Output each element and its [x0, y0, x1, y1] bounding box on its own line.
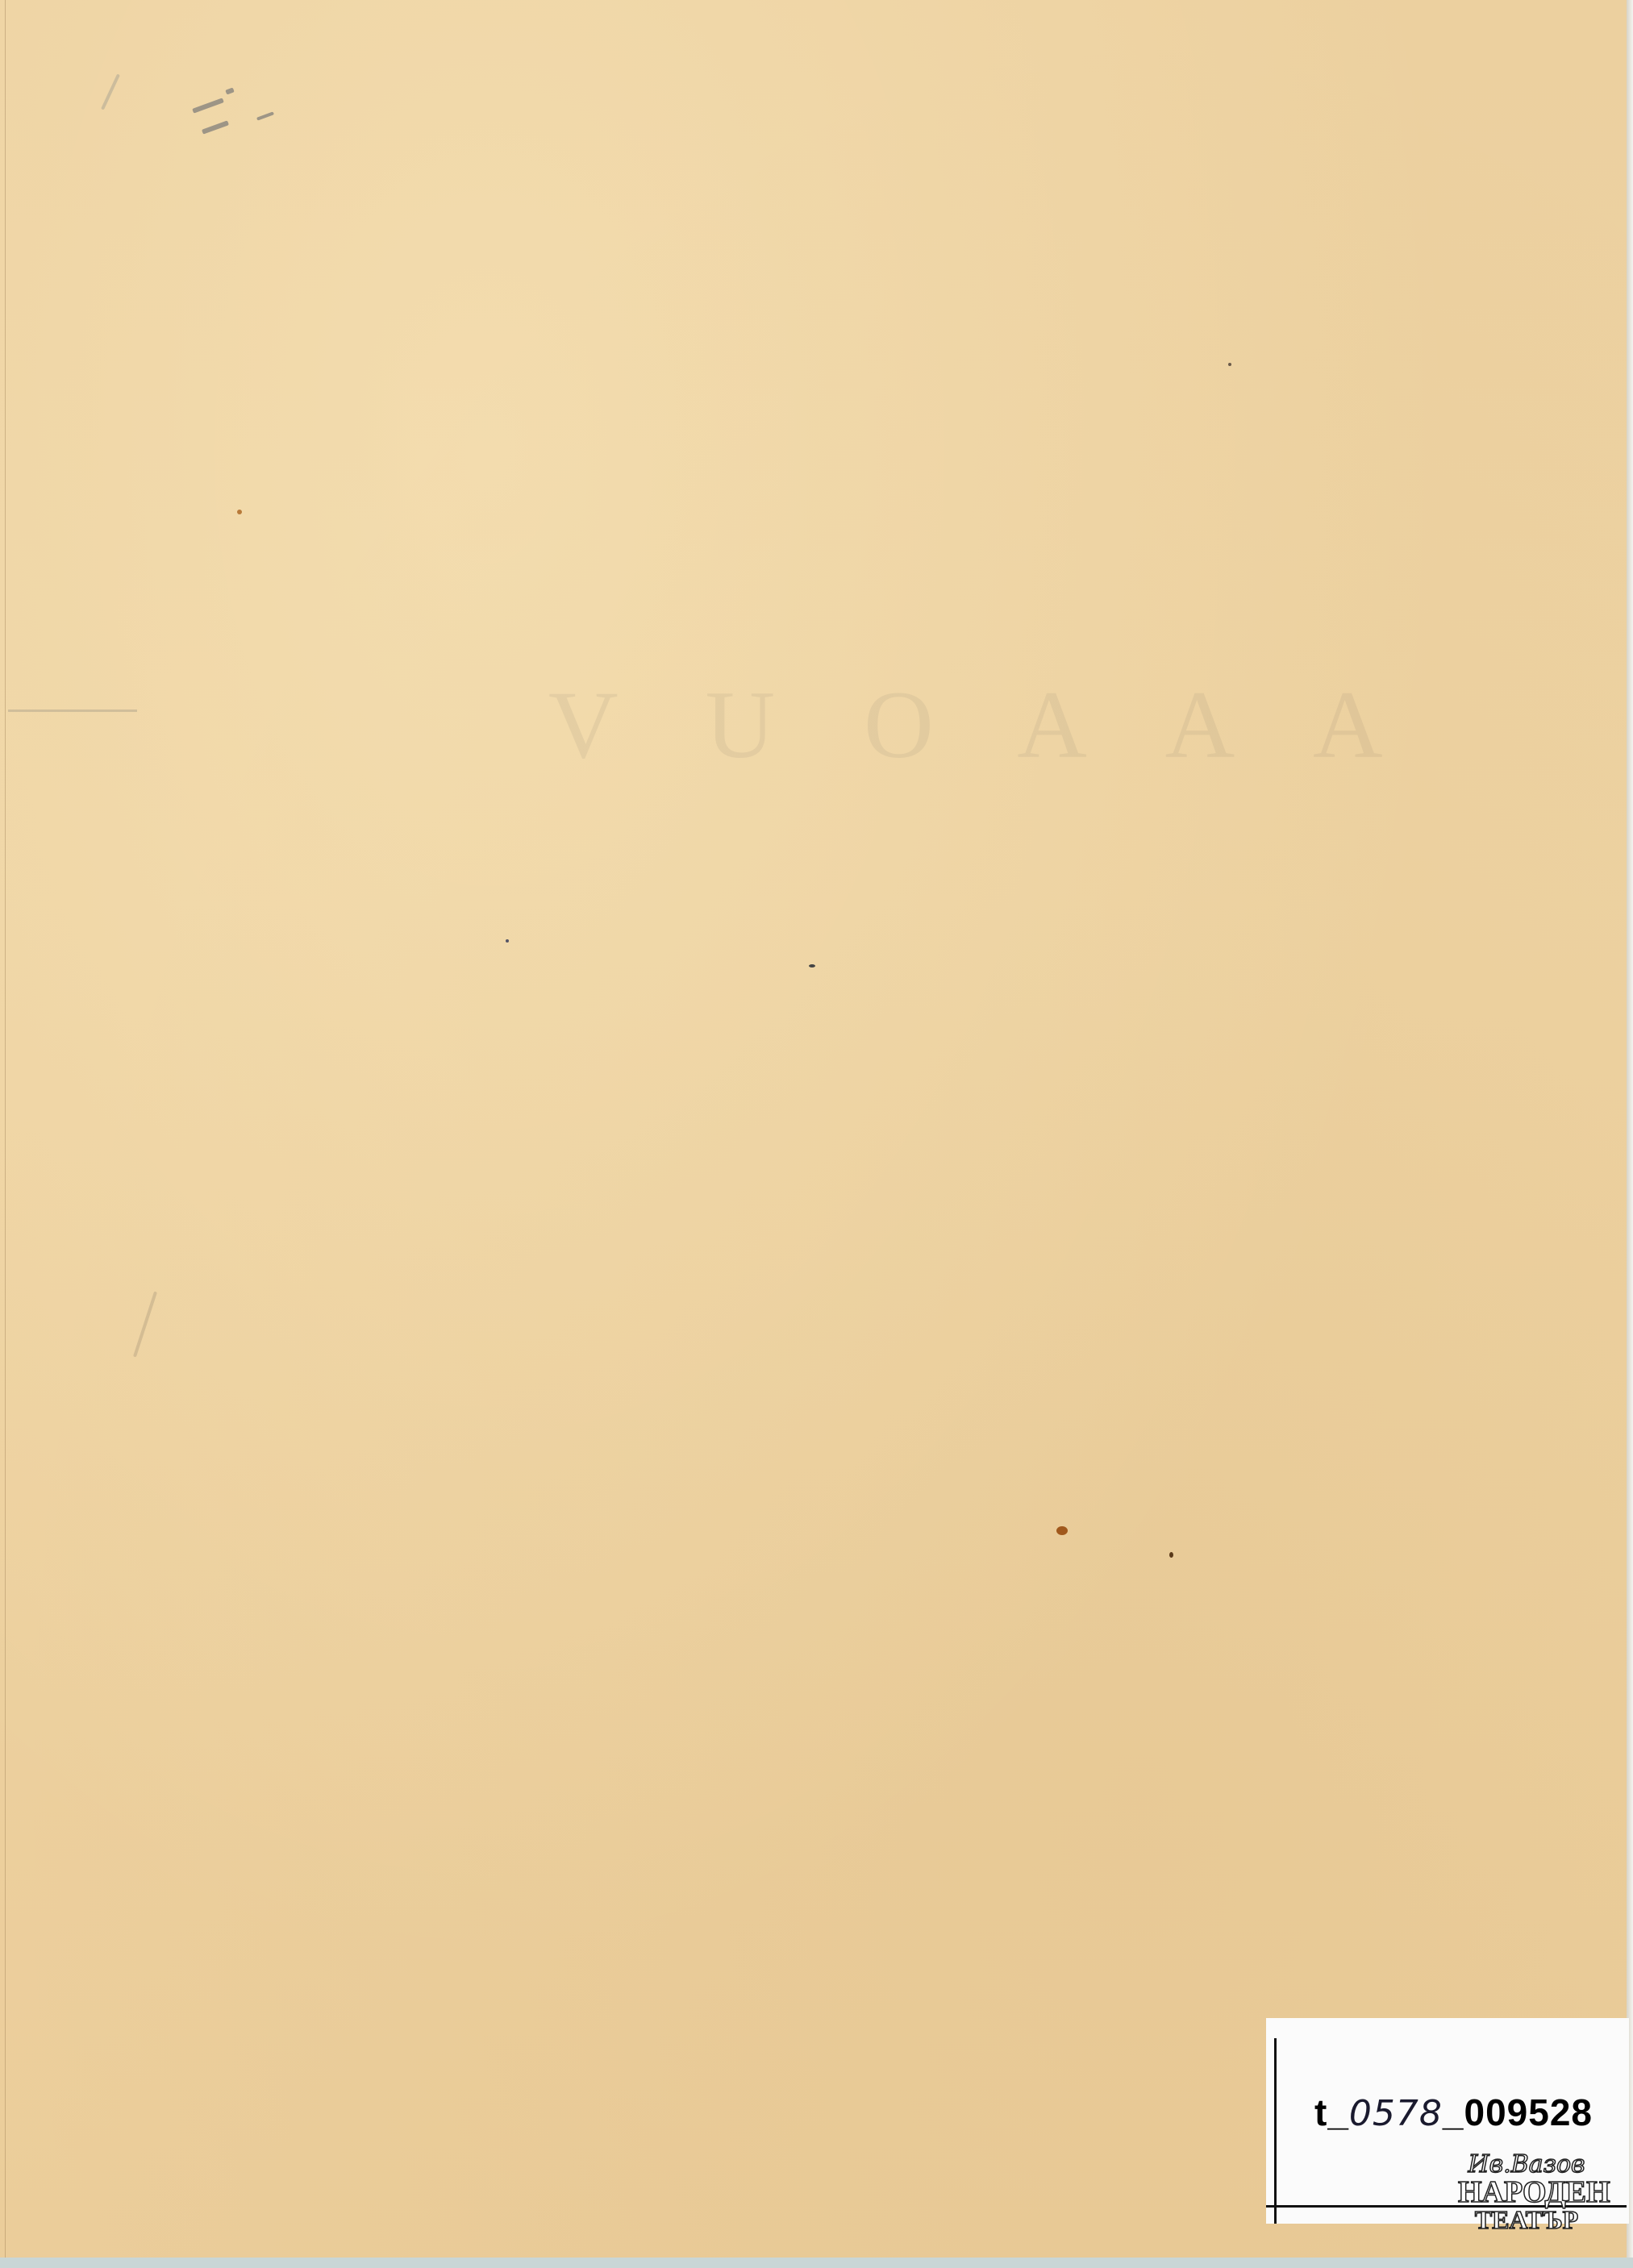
- ink-spot: [1169, 1552, 1173, 1558]
- ink-spot: [809, 964, 815, 968]
- inventory-handwritten-number: 0578: [1349, 2093, 1443, 2134]
- sheet-right-edge: [1627, 0, 1633, 2258]
- inventory-printed-number: 009528: [1464, 2091, 1593, 2133]
- ink-spot: [506, 939, 509, 943]
- ink-spot: [1228, 363, 1231, 366]
- logo-script: Ив.Вазов: [1458, 2151, 1595, 2179]
- pencil-stroke: [133, 1291, 157, 1357]
- label-vertical-rule: [1274, 2038, 1277, 2224]
- paper-sheet: V U O A A A: [0, 0, 1627, 2258]
- left-fold-line: [5, 0, 6, 2258]
- inventory-number: t_0578_009528: [1314, 2091, 1593, 2134]
- bleed-through-text: V U O A A A: [548, 669, 1314, 780]
- inventory-prefix: t_: [1314, 2091, 1349, 2133]
- ink-spot: [1056, 1526, 1068, 1535]
- archive-label: t_0578_009528 Ив.Вазов НАРОДЕН ТЕАТЪР: [1266, 2018, 1629, 2224]
- inventory-separator: _: [1443, 2091, 1464, 2133]
- pencil-dash: [8, 710, 137, 712]
- logo-line-1: НАРОДЕН: [1458, 2179, 1595, 2206]
- ink-spot: [237, 510, 242, 514]
- logo-line-2: ТЕАТЪР: [1458, 2206, 1595, 2233]
- national-theatre-logo: Ив.Вазов НАРОДЕН ТЕАТЪР: [1458, 2151, 1595, 2233]
